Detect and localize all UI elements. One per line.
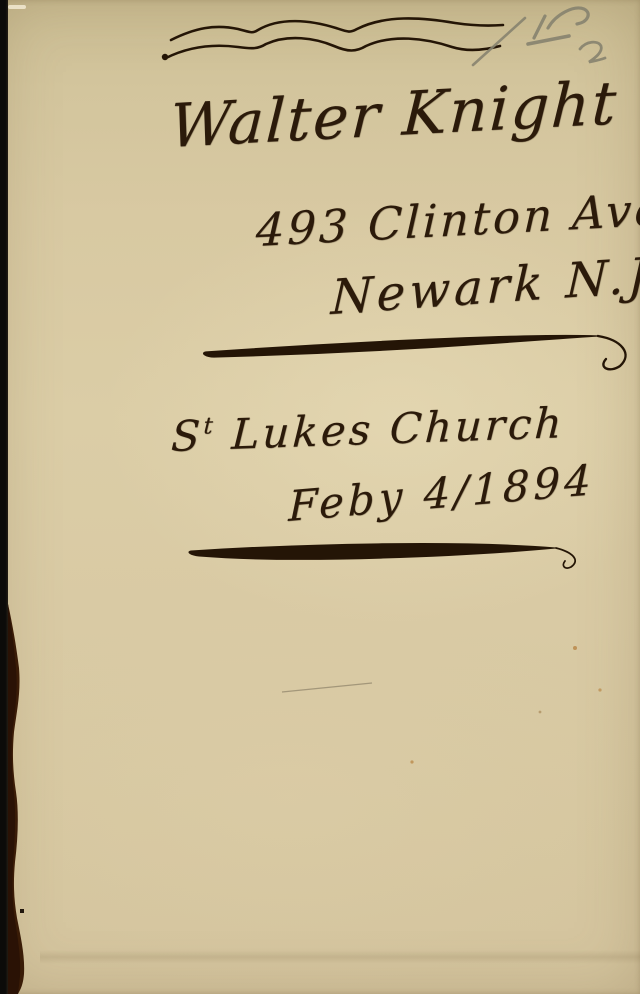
paper-speck-dark	[20, 909, 24, 913]
newark-underline-hook	[598, 336, 626, 369]
flourish-wave-lower	[166, 38, 500, 58]
date-underline-hook	[556, 548, 575, 568]
foxing-speck	[410, 760, 413, 763]
church-prefix: S	[170, 411, 204, 461]
paper-scratch	[282, 683, 372, 692]
date-underline-swash	[189, 544, 556, 560]
newark-underline-swash	[204, 335, 598, 357]
foxing-speck	[573, 646, 577, 650]
pencil-digit-1	[534, 16, 545, 38]
paper-crease-band	[40, 950, 640, 964]
pencil-squiggle-2	[580, 42, 605, 62]
flourish-ink-dot	[162, 54, 168, 60]
foxing-speck	[539, 711, 542, 714]
pencil-digit-5	[548, 8, 588, 28]
foxing-speck	[598, 688, 601, 691]
flyleaf-page: Walter Knight 493 Clinton Ave Newark N.J…	[0, 0, 640, 994]
flourish-wave-upper	[171, 18, 503, 40]
pencil-marks	[473, 8, 605, 65]
